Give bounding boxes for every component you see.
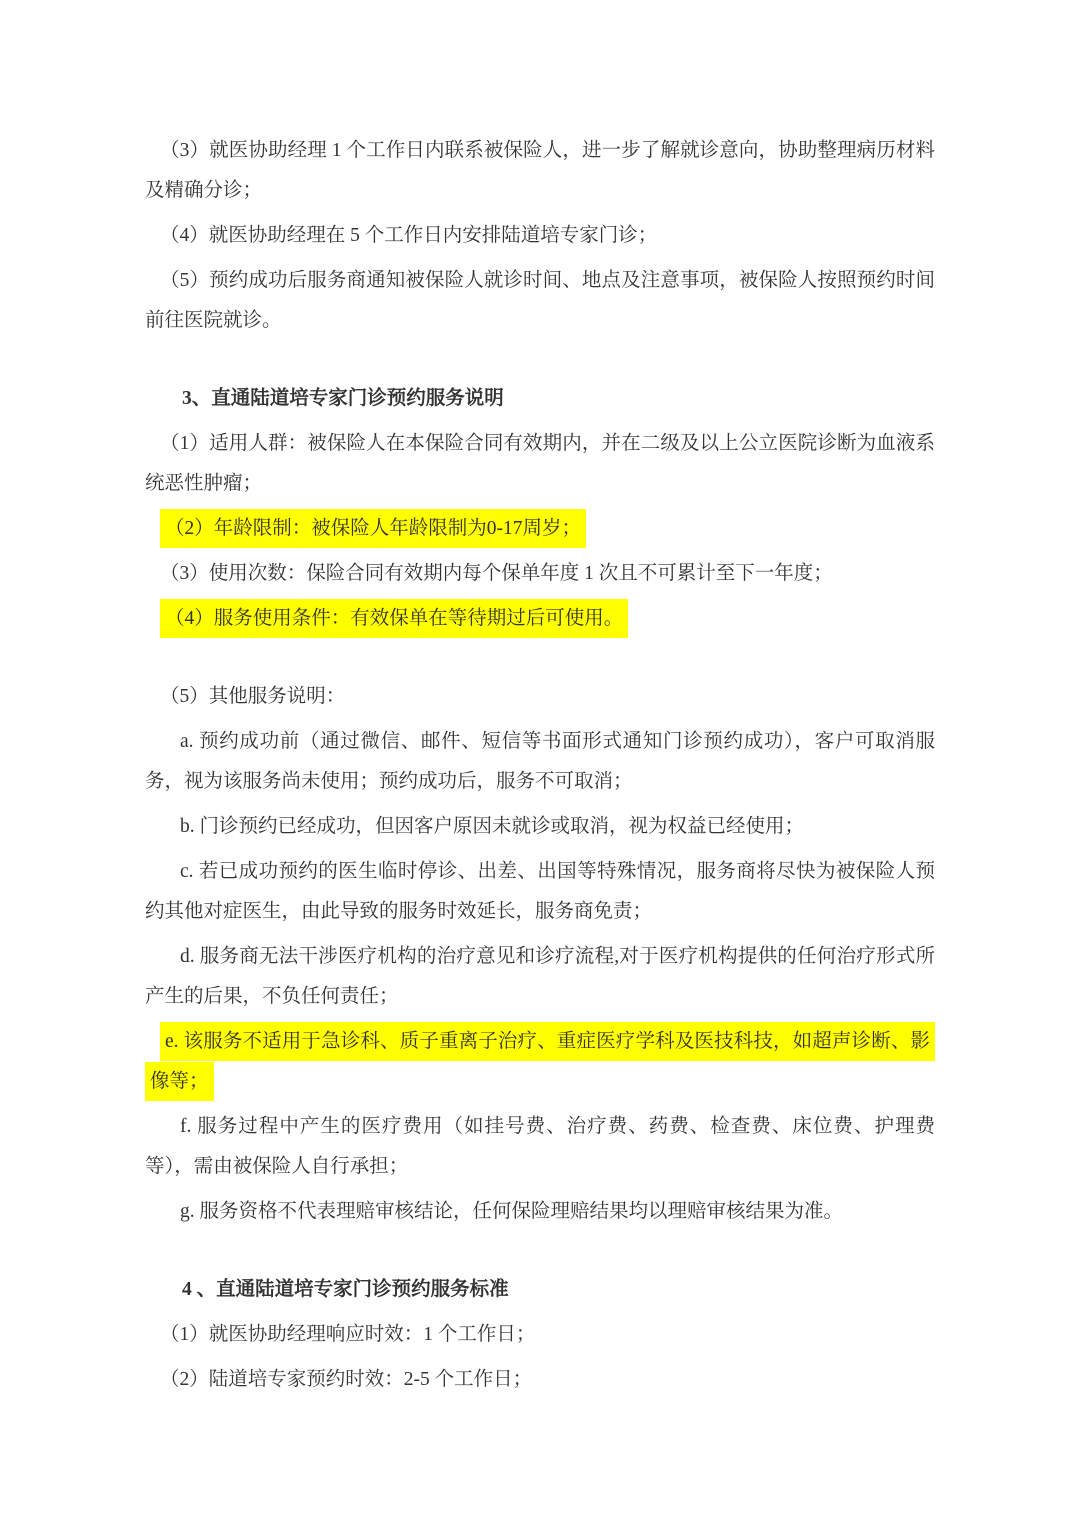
paragraph: f. 服务过程中产生的医疗费用（如挂号费、治疗费、药费、检查费、床位费、护理费等…: [145, 1107, 935, 1187]
paragraph: （3）就医协助经理 1 个工作日内联系被保险人，进一步了解就诊意向，协助整理病历…: [145, 131, 935, 211]
paragraph: （2）陆道培专家预约时效：2-5 个工作日；: [145, 1360, 935, 1400]
paragraph: （1）就医协助经理响应时效：1 个工作日；: [145, 1315, 935, 1355]
paragraph: （3）使用次数：保险合同有效期内每个保单年度 1 次且不可累计至下一年度；: [145, 554, 935, 594]
paragraph: （1）适用人群：被保险人在本保险合同有效期内，并在二级及以上公立医院诊断为血液系…: [145, 424, 935, 504]
section-heading: 4 、直通陆道培专家门诊预约服务标准: [145, 1270, 935, 1310]
highlighted-text: （4）服务使用条件：有效保单在等待期过后可使用。: [160, 599, 628, 638]
highlighted-text: e. 该服务不适用于急诊科、质子重离子治疗、重症医疗学科及医技科技，如超声诊断、…: [145, 1022, 935, 1101]
paragraph: b. 门诊预约已经成功，但因客户原因未就诊或取消，视为权益已经使用；: [145, 807, 935, 847]
paragraph: d. 服务商无法干涉医疗机构的治疗意见和诊疗流程,对于医疗机构提供的任何治疗形式…: [145, 937, 935, 1017]
paragraph: e. 该服务不适用于急诊科、质子重离子治疗、重症医疗学科及医技科技，如超声诊断、…: [145, 1022, 935, 1102]
document-content: （3）就医协助经理 1 个工作日内联系被保险人，进一步了解就诊意向，协助整理病历…: [145, 131, 935, 1405]
paragraph: c. 若已成功预约的医生临时停诊、出差、出国等特殊情况，服务商将尽快为被保险人预…: [145, 852, 935, 932]
paragraph: a. 预约成功前（通过微信、邮件、短信等书面形式通知门诊预约成功），客户可取消服…: [145, 722, 935, 802]
paragraph: （4）服务使用条件：有效保单在等待期过后可使用。: [145, 599, 935, 639]
paragraph: （2）年龄限制：被保险人年龄限制为0-17周岁；: [145, 509, 935, 549]
paragraph: （4）就医协助经理在 5 个工作日内安排陆道培专家门诊；: [145, 216, 935, 256]
highlighted-text: （2）年龄限制：被保险人年龄限制为0-17周岁；: [160, 509, 586, 548]
paragraph: （5）其他服务说明：: [145, 677, 935, 717]
document-page: （3）就医协助经理 1 个工作日内联系被保险人，进一步了解就诊意向，协助整理病历…: [0, 0, 1080, 1527]
paragraph: g. 服务资格不代表理赔审核结论，任何保险理赔结果均以理赔审核结果为准。: [145, 1192, 935, 1232]
section-heading: 3、直通陆道培专家门诊预约服务说明: [145, 379, 935, 419]
paragraph: （5）预约成功后服务商通知被保险人就诊时间、地点及注意事项，被保险人按照预约时间…: [145, 261, 935, 341]
